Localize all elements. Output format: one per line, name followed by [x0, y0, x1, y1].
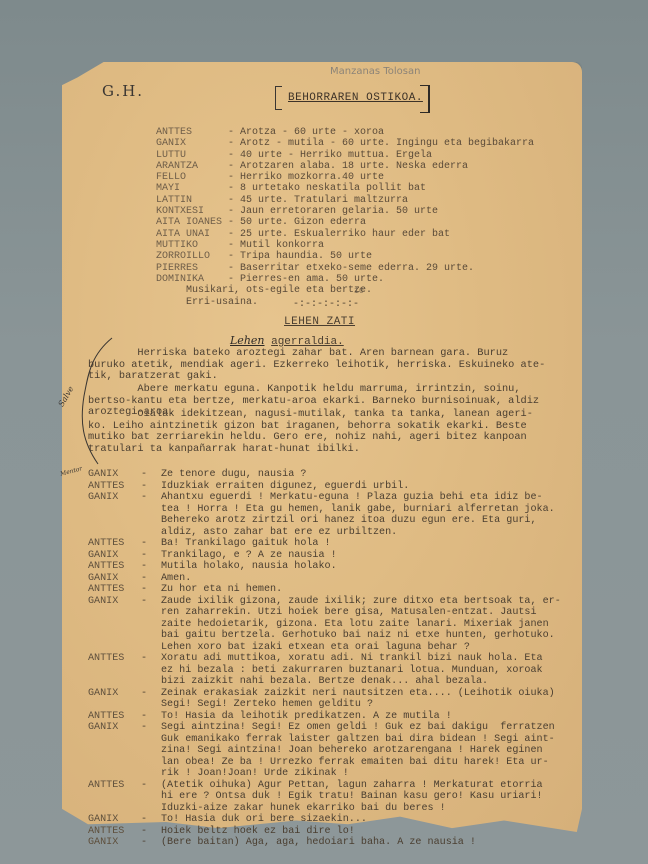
- dialogue-line: ANTTES-Mutila holako, nausia holako.: [88, 561, 582, 573]
- dialogue-line: ANTTES-Ba! Trankilago gaituk hola !: [88, 538, 582, 550]
- speech: Guk emanikako ferrak laister galtzen bai…: [161, 734, 555, 746]
- speech: Iduzki-aize zakar hunek ekarriko bai du …: [161, 803, 446, 815]
- separator: -:-:-:-:-:-: [293, 299, 359, 310]
- character-name: FELLO: [156, 172, 228, 183]
- speech: Ahantxu eguerdi ! Merkatu-eguna ! Plaza …: [161, 492, 543, 504]
- character-desc: - Pierres-en ama. 50 urte.: [228, 274, 384, 285]
- dialogue-cont: Lehen xoro bat izaki etxean eta orai lag…: [88, 642, 582, 654]
- speaker: ANTTES: [88, 711, 141, 723]
- character-desc: - Arotzaren alaba. 18 urte. Neska ederra: [228, 161, 468, 172]
- speech: ren zaharrekin. Utzi hoiek bere gisa, Ma…: [161, 607, 537, 619]
- character-desc: - 50 urte. Gizon ederra: [228, 217, 366, 228]
- speech: tea ! Horra ! Eta gu hemen, lanik gabe, …: [161, 504, 555, 516]
- dialogue-line: ANTTES-Iduzkiak erraiten digunez, eguerd…: [88, 481, 582, 493]
- dialogue-cont: Behereko arotz zirtzil ori hanez itoa du…: [88, 515, 582, 527]
- speech: To! Hasia duk ori bere sizaekin...: [161, 814, 367, 826]
- cast-row: KONTXESI- Jaun erretoraren gelaria. 50 u…: [156, 206, 534, 217]
- character-name: KONTXESI: [156, 206, 228, 217]
- speech: lan obea! Ze ba ! Urrezko ferrak emaiten…: [161, 757, 549, 769]
- character-name: MAYI: [156, 183, 228, 194]
- character-desc: - Baserritar etxeko-seme ederra. 29 urte…: [228, 263, 474, 274]
- stage-paragraph: Oialak idekitzean, nagusi-mutilak, tanka…: [88, 409, 580, 455]
- cast-row: ZORROILLO- Tripa haundia. 50 urte: [156, 251, 534, 262]
- dialogue-line: ANTTES-Xoratu adi muttikoa, xoratu adi. …: [88, 653, 582, 665]
- cast-row: ARANTZA- Arotzaren alaba. 18 urte. Neska…: [156, 161, 534, 172]
- character-desc: - Arotza - 60 urte - xoroa: [228, 127, 384, 138]
- speaker: GANIX: [88, 688, 141, 700]
- speech: Lehen xoro bat izaki etxean eta orai lag…: [161, 642, 470, 654]
- cast-row: LATTIN- 45 urte. Tratulari maltzurra: [156, 195, 534, 206]
- character-name: LATTIN: [156, 195, 228, 206]
- speech: zina! Segi aintzina! Joan behereko arotz…: [161, 745, 543, 757]
- character-desc: - 8 urtetako neskatila pollit bat: [228, 183, 426, 194]
- speech: Zu hor eta ni hemen.: [161, 584, 282, 596]
- speech: Iduzkiak erraiten digunez, eguerdi urbil…: [161, 481, 409, 493]
- stage-paragraph: Herriska bateko aroztegi zahar bat. Aren…: [88, 348, 580, 383]
- dialogue-cont: ez hi bezala : beti zakurraren buztanari…: [88, 665, 582, 677]
- character-desc: - Arotz - mutila - 60 urte. Ingingu eta …: [228, 138, 534, 149]
- speaker: GANIX: [88, 492, 141, 504]
- dialogue-cont: aldiz, asto zahar bat ere ez urbiltzen.: [88, 527, 582, 539]
- speech: Amen.: [161, 573, 191, 585]
- speaker: GANIX: [88, 573, 141, 585]
- dialogue-line: GANIX-Trankilago, e ? A ze nausia !: [88, 550, 582, 562]
- cast-row: PIERRES- Baserritar etxeko-seme ederra. …: [156, 263, 534, 274]
- speaker: GANIX: [88, 837, 141, 849]
- speech: ez hi bezala : beti zakurraren buztanari…: [161, 665, 543, 677]
- speaker: GANIX: [88, 814, 141, 826]
- dialogue-cont: zina! Segi aintzina! Joan behereko arotz…: [88, 745, 582, 757]
- speaker: ANTTES: [88, 653, 141, 665]
- speaker: ANTTES: [88, 584, 141, 596]
- dialogue-cont: Iduzki-aize zakar hunek ekarriko bai du …: [88, 803, 582, 815]
- cast-row: AITA IOANES- 50 urte. Gizon ederra: [156, 217, 534, 228]
- speaker: GANIX: [88, 469, 141, 481]
- character-name: ZORROILLO: [156, 251, 228, 262]
- cast-row: GANIX- Arotz - mutila - 60 urte. Ingingu…: [156, 138, 534, 149]
- dialogue-line: ANTTES-(Atetik oihuka) Agur Pettan, lagu…: [88, 780, 582, 792]
- speaker: ANTTES: [88, 561, 141, 573]
- dialogue-line: GANIX-To! Hasia duk ori bere sizaekin...: [88, 814, 582, 826]
- dialogue-cont: hi ere ? Ontsa duk ! Egik tratu! Bainan …: [88, 791, 582, 803]
- page-mark: 10: [354, 286, 364, 298]
- document-title: BEHORRAREN OSTIKOA.: [288, 92, 423, 104]
- cast-row: AITA UNAI- 25 urte. Eskualerriko haur ed…: [156, 229, 534, 240]
- character-name: AITA IOANES: [156, 217, 228, 228]
- dialogue-cont: ren zaharrekin. Utzi hoiek bere gisa, Ma…: [88, 607, 582, 619]
- speech: (Bere baitan) Aga, aga, hedoiari baha. A…: [161, 837, 476, 849]
- speech: Hoiek beltz hoek ez bai dire lo!: [161, 826, 355, 838]
- speech: Xoratu adi muttikoa, xoratu adi. Ni tran…: [161, 653, 543, 665]
- dialogue-line: ANTTES-To! Hasia da leihotik predikatzen…: [88, 711, 582, 723]
- speech: Ba! Trankilago gaituk hola !: [161, 538, 331, 550]
- character-name: MUTTIKO: [156, 240, 228, 251]
- dialogue-line: GANIX-Amen.: [88, 573, 582, 585]
- dialogue-line: GANIX-Ze tenore dugu, nausia ?: [88, 469, 582, 481]
- speaker: GANIX: [88, 596, 141, 608]
- speech: Trankilago, e ? A ze nausia !: [161, 550, 337, 562]
- speaker: ANTTES: [88, 826, 141, 838]
- dialogue-line: GANIX-Zeinak erakasiak zaizkit neri naut…: [88, 688, 582, 700]
- character-desc: - Mutil konkorra: [228, 240, 324, 251]
- dialogue-line: GANIX-(Bere baitan) Aga, aga, hedoiari b…: [88, 837, 582, 849]
- cast-row: DOMINIKA- Pierres-en ama. 50 urte.: [156, 274, 534, 285]
- dialogue-cont: bizi zaizkit nahi bezala. Bertze denak..…: [88, 676, 582, 688]
- speech: (Atetik oihuka) Agur Pettan, lagun zahar…: [161, 780, 543, 792]
- speech: Zeinak erakasiak zaizkit neri nautsitzen…: [161, 688, 555, 700]
- scene-handwritten: Lehen: [230, 334, 265, 347]
- part-title: LEHEN ZATI: [284, 316, 355, 328]
- cast-list: ANTTES- Arotza - 60 urte - xoroa GANIX- …: [156, 127, 534, 309]
- character-desc: - Jaun erretoraren gelaria. 50 urte: [228, 206, 438, 217]
- speech: Ze tenore dugu, nausia ?: [161, 469, 306, 481]
- dialogue: GANIX-Ze tenore dugu, nausia ? ANTTES-Id…: [88, 469, 582, 849]
- speech: Mutila holako, nausia holako.: [161, 561, 337, 573]
- scene-title: Lehen agerraldia.: [230, 334, 344, 348]
- character-desc: - 25 urte. Eskualerriko haur eder bat: [228, 229, 450, 240]
- title-bracket-left: [275, 86, 282, 110]
- speech: Segi aintzina! Segi! Ez omen geldi ! Guk…: [161, 722, 555, 734]
- speech: hi ere ? Ontsa duk ! Egik tratu! Bainan …: [161, 791, 543, 803]
- dialogue-line: GANIX-Zaude ixilik gizona, zaude ixilik;…: [88, 596, 582, 608]
- title-bracket-right: [420, 85, 430, 113]
- speaker: ANTTES: [88, 780, 141, 792]
- character-name: GANIX: [156, 138, 228, 149]
- speech: rik ! Joan!Joan! Urde zikinak !: [161, 768, 349, 780]
- dialogue-line: GANIX-Ahantxu eguerdi ! Merkatu-eguna ! …: [88, 492, 582, 504]
- speaker: ANTTES: [88, 538, 141, 550]
- character-desc: - 40 urte - Herriko muttua. Ergela: [228, 150, 432, 161]
- character-desc: - Tripa haundia. 50 urte: [228, 251, 372, 262]
- speech: zaite hedoietarik, gizona. Eta lotu zait…: [161, 619, 549, 631]
- dialogue-cont: zaite hedoietarik, gizona. Eta lotu zait…: [88, 619, 582, 631]
- dialogue-cont: lan obea! Ze ba ! Urrezko ferrak emaiten…: [88, 757, 582, 769]
- speech: aldiz, asto zahar bat ere ez urbiltzen.: [161, 527, 397, 539]
- cast-row: MUTTIKO- Mutil konkorra: [156, 240, 534, 251]
- dialogue-cont: rik ! Joan!Joan! Urde zikinak !: [88, 768, 582, 780]
- dialogue-line: ANTTES-Zu hor eta ni hemen.: [88, 584, 582, 596]
- cast-row: FELLO- Herriko mozkorra.40 urte: [156, 172, 534, 183]
- dialogue-cont: tea ! Horra ! Eta gu hemen, lanik gabe, …: [88, 504, 582, 516]
- speech: bizi zaizkit nahi bezala. Bertze denak..…: [161, 676, 488, 688]
- speaker: GANIX: [88, 722, 141, 734]
- character-desc: - Herriko mozkorra.40 urte: [228, 172, 384, 183]
- speech: To! Hasia da leihotik predikatzen. A ze …: [161, 711, 452, 723]
- speech: Behereko arotz zirtzil ori hanez itoa du…: [161, 515, 537, 527]
- character-desc: - 45 urte. Tratulari maltzurra: [228, 195, 408, 206]
- character-name: ARANTZA: [156, 161, 228, 172]
- speaker: GANIX: [88, 550, 141, 562]
- character-name: LUTTU: [156, 150, 228, 161]
- cast-row: LUTTU- 40 urte - Herriko muttua. Ergela: [156, 150, 534, 161]
- speech: Zaude ixilik gizona, zaude ixilik; zure …: [161, 596, 561, 608]
- character-name: DOMINIKA: [156, 274, 228, 285]
- character-name: AITA UNAI: [156, 229, 228, 240]
- cast-extra: Musikari, ots-egile eta bertze.: [156, 285, 534, 297]
- speaker: ANTTES: [88, 481, 141, 493]
- dialogue-cont: Guk emanikako ferrak laister galtzen bai…: [88, 734, 582, 746]
- character-name: PIERRES: [156, 263, 228, 274]
- cast-row: MAYI- 8 urtetako neskatila pollit bat: [156, 183, 534, 194]
- dialogue-cont: Segi! Segi! Zerteko hemen gelditu ?: [88, 699, 582, 711]
- dialogue-line: ANTTES-Hoiek beltz hoek ez bai dire lo!: [88, 826, 582, 838]
- pencil-note: Manzanas Tolosan: [330, 66, 420, 77]
- character-name: ANTTES: [156, 127, 228, 138]
- corner-mark: G.H.: [102, 82, 144, 100]
- dialogue-cont: bai gaitu bertzela. Gerhotuko bai naiz n…: [88, 630, 582, 642]
- speech: bai gaitu bertzela. Gerhotuko bai naiz n…: [161, 630, 555, 642]
- cast-row: ANTTES- Arotza - 60 urte - xoroa: [156, 127, 534, 138]
- dialogue-line: GANIX-Segi aintzina! Segi! Ez omen geldi…: [88, 722, 582, 734]
- speech: Segi! Segi! Zerteko hemen gelditu ?: [161, 699, 373, 711]
